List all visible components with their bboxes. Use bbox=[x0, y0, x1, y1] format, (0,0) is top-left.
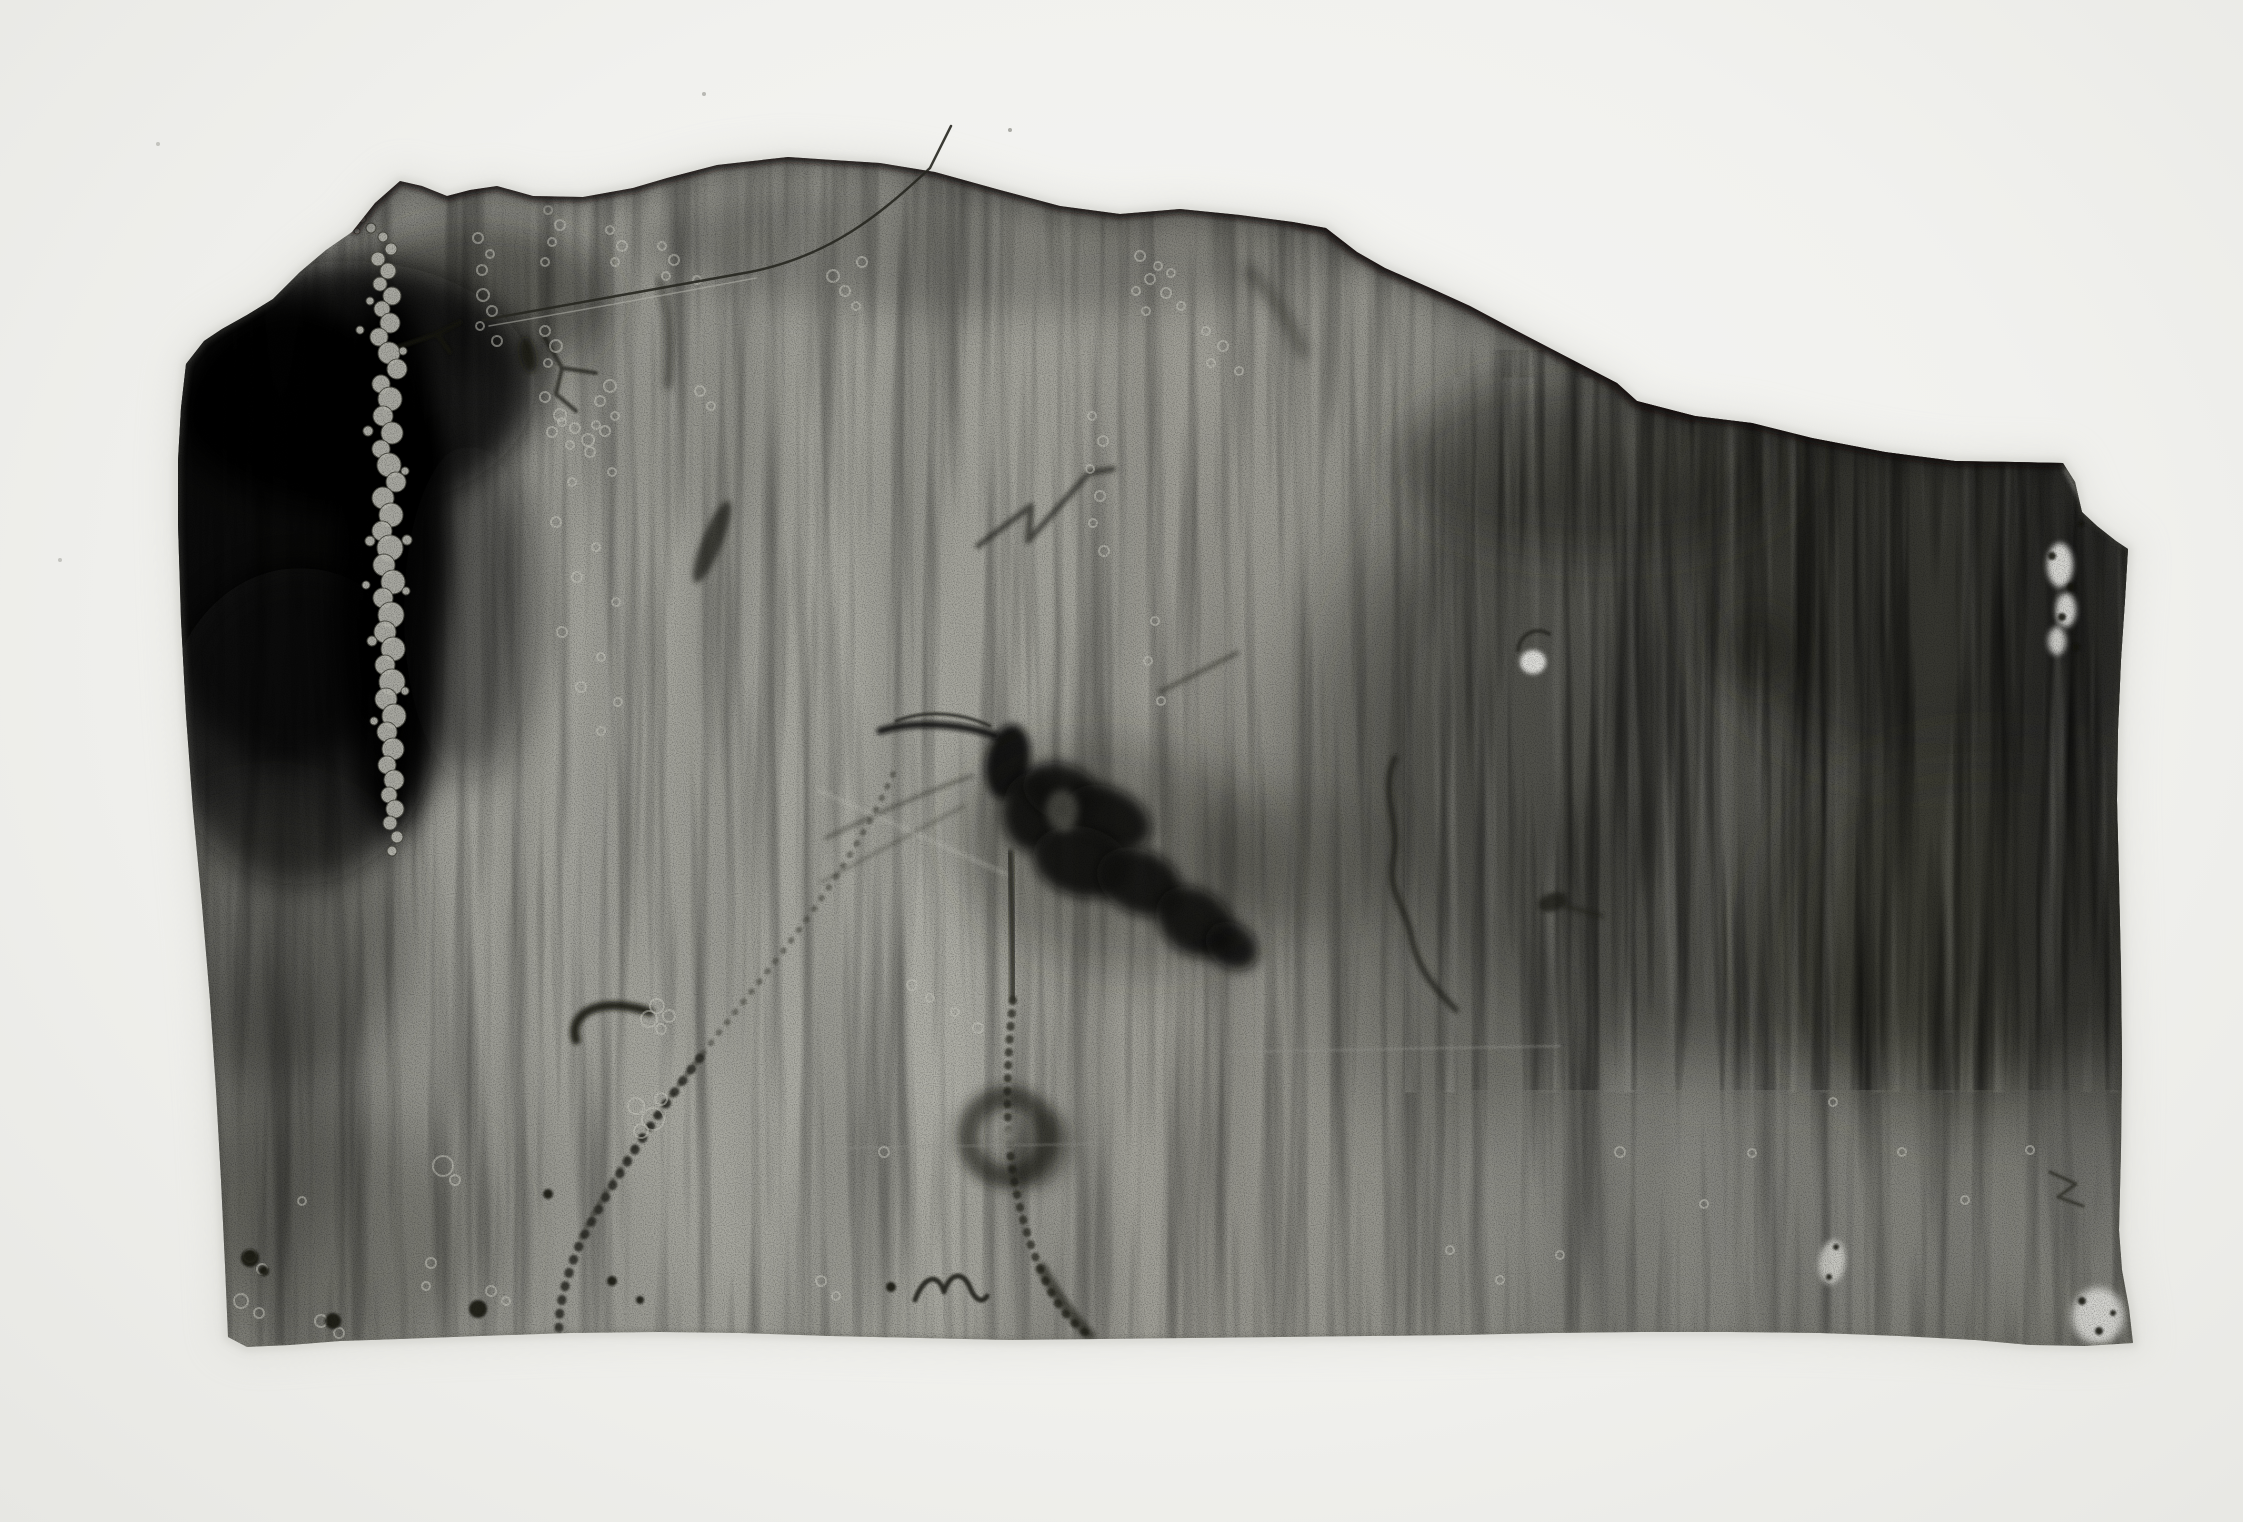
photo-fragment-image bbox=[0, 0, 2243, 1522]
fragment-surface bbox=[110, 140, 2220, 1370]
scan-page bbox=[0, 0, 2243, 1522]
film-grain-texture bbox=[170, 140, 2145, 1355]
